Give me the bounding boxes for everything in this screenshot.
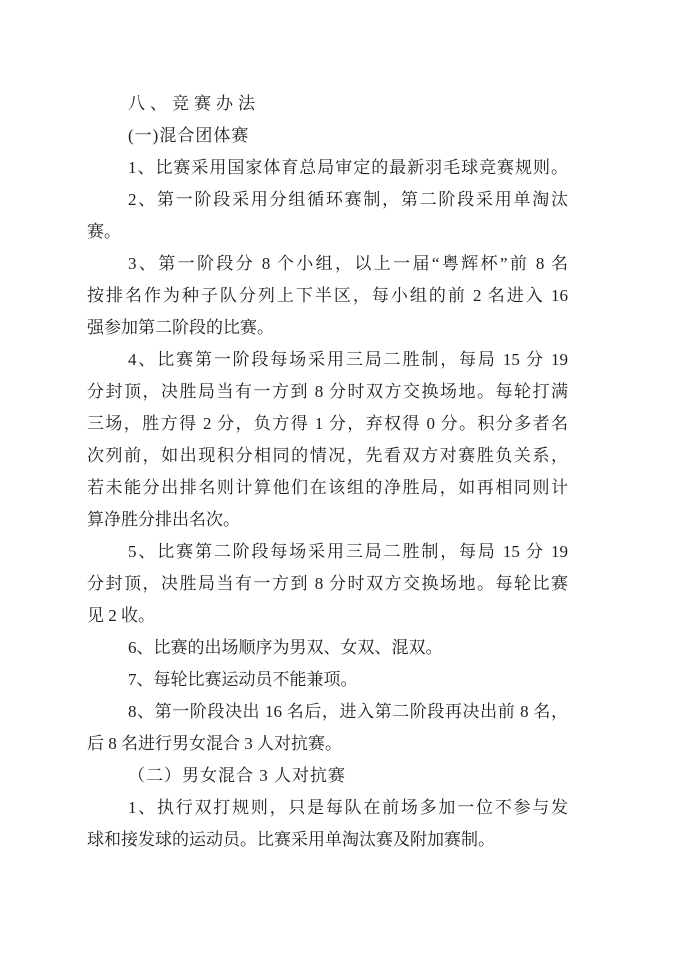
text-line: 赛。 [87, 216, 568, 248]
text-line: 8、第一阶段决出 16 名后，进入第二阶段再决出前 8 名， [87, 696, 568, 728]
text-line: 若未能分出排名则计算他们在该组的净胜局，如再相同则计 [87, 472, 568, 504]
text-line: 见 2 收。 [87, 600, 568, 632]
text-line: 次列前，如出现积分相同的情况，先看双方对赛胜负关系， [87, 440, 568, 472]
line-text: 5、比赛第二阶段每场采用三局二胜制，每局 15 分 19 [128, 542, 568, 561]
text-line: 三场，胜方得 2 分，负方得 1 分，弃权得 0 分。积分多者名 [87, 408, 568, 440]
text-line: 5、比赛第二阶段每场采用三局二胜制，每局 15 分 19 [87, 536, 568, 568]
line-text: 强参加第二阶段的比赛。 [87, 318, 274, 337]
line-text: 7、每轮比赛运动员不能兼项。 [128, 670, 358, 689]
text-line: 分封顶，决胜局当有一方到 8 分时双方交换场地。每轮比赛 [87, 568, 568, 600]
line-text: 三场，胜方得 2 分，负方得 1 分，弃权得 0 分。积分多者名 [87, 414, 568, 433]
text-line: 球和接发球的运动员。比赛采用单淘汰赛及附加赛制。 [87, 824, 568, 856]
section-heading: 八、竞赛办法 [87, 88, 568, 120]
text-line: 按排名作为种子队分列上下半区，每小组的前 2 名进入 16 [87, 280, 568, 312]
line-text: 分封顶，决胜局当有一方到 8 分时双方交换场地。每轮比赛 [87, 574, 568, 593]
line-text: 八、竞赛办法 [128, 94, 260, 113]
text-line: 算净胜分排出名次。 [87, 504, 568, 536]
line-text: 若未能分出排名则计算他们在该组的净胜局，如再相同则计 [87, 478, 568, 497]
text-line: 强参加第二阶段的比赛。 [87, 312, 568, 344]
line-text: 见 2 收。 [87, 606, 155, 625]
line-text: 3、第一阶段分 8 个小组，以上一届“粤辉杯”前 8 名 [128, 254, 568, 273]
text-line: 4、比赛第一阶段每场采用三局二胜制，每局 15 分 19 [87, 344, 568, 376]
document-text-block: 八、竞赛办法 (一)混合团体赛 1、比赛采用国家体育总局审定的最新羽毛球竞赛规则… [87, 88, 568, 856]
subsection-heading-2: （二）男女混合 3 人对抗赛 [87, 760, 568, 792]
text-line: 后 8 名进行男女混合 3 人对抗赛。 [87, 728, 568, 760]
line-text: 2、第一阶段采用分组循环赛制，第二阶段采用单淘汰 [128, 190, 568, 209]
line-text: 按排名作为种子队分列上下半区，每小组的前 2 名进入 16 [87, 286, 568, 305]
text-line: 7、每轮比赛运动员不能兼项。 [87, 664, 568, 696]
text-line: 2、第一阶段采用分组循环赛制，第二阶段采用单淘汰 [87, 184, 568, 216]
text-line: 1、执行双打规则，只是每队在前场多加一位不参与发 [87, 792, 568, 824]
text-line: 分封顶，决胜局当有一方到 8 分时双方交换场地。每轮打满 [87, 376, 568, 408]
line-text: 6、比赛的出场顺序为男双、女双、混双。 [128, 638, 443, 657]
document-page: 八、竞赛办法 (一)混合团体赛 1、比赛采用国家体育总局审定的最新羽毛球竞赛规则… [0, 0, 680, 961]
line-text: 次列前，如出现积分相同的情况，先看双方对赛胜负关系， [87, 446, 568, 465]
line-text: 球和接发球的运动员。比赛采用单淘汰赛及附加赛制。 [87, 830, 495, 849]
line-text: 8、第一阶段决出 16 名后，进入第二阶段再决出前 8 名， [128, 702, 568, 721]
line-text: 赛。 [87, 222, 121, 241]
text-line: 3、第一阶段分 8 个小组，以上一届“粤辉杯”前 8 名 [87, 248, 568, 280]
line-text: 后 8 名进行男女混合 3 人对抗赛。 [87, 734, 342, 753]
subsection-heading-1: (一)混合团体赛 [87, 120, 568, 152]
line-text: (一)混合团体赛 [128, 126, 249, 145]
line-text: 1、执行双打规则，只是每队在前场多加一位不参与发 [128, 798, 568, 817]
line-text: 算净胜分排出名次。 [87, 510, 240, 529]
line-text: 分封顶，决胜局当有一方到 8 分时双方交换场地。每轮打满 [87, 382, 568, 401]
text-line: 6、比赛的出场顺序为男双、女双、混双。 [87, 632, 568, 664]
line-text: 4、比赛第一阶段每场采用三局二胜制，每局 15 分 19 [128, 350, 568, 369]
text-line: 1、比赛采用国家体育总局审定的最新羽毛球竞赛规则。 [87, 152, 568, 184]
line-text: （二）男女混合 3 人对抗赛 [128, 766, 346, 785]
line-text: 1、比赛采用国家体育总局审定的最新羽毛球竞赛规则。 [128, 158, 568, 177]
